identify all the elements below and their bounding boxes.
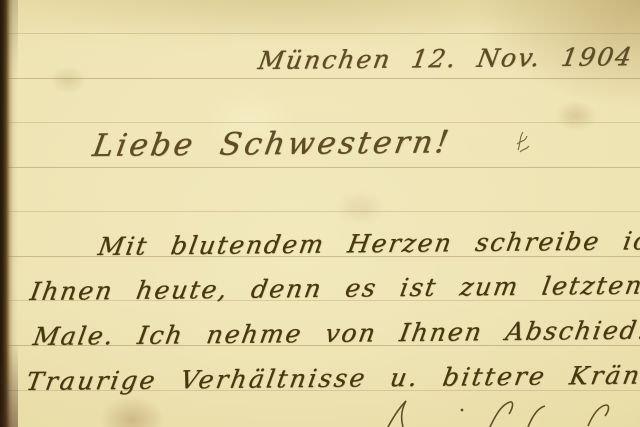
ink-blot-mark bbox=[514, 128, 536, 154]
ruled-line bbox=[7, 167, 640, 168]
ruled-line bbox=[7, 33, 640, 34]
dateline: München 12. Nov. 1904 bbox=[256, 42, 636, 75]
page-torn-edge bbox=[0, 0, 18, 427]
letter-page: München 12. Nov. 1904 Liebe Schwestern! … bbox=[0, 0, 640, 427]
ruled-line bbox=[7, 211, 640, 212]
salutation: Liebe Schwestern! bbox=[90, 124, 454, 164]
ruled-line bbox=[7, 122, 640, 123]
ruled-line bbox=[7, 78, 640, 79]
body-line: Mit blutendem Herzen schreibe ich bbox=[96, 226, 640, 261]
cut-off-line-strokes bbox=[340, 398, 640, 427]
